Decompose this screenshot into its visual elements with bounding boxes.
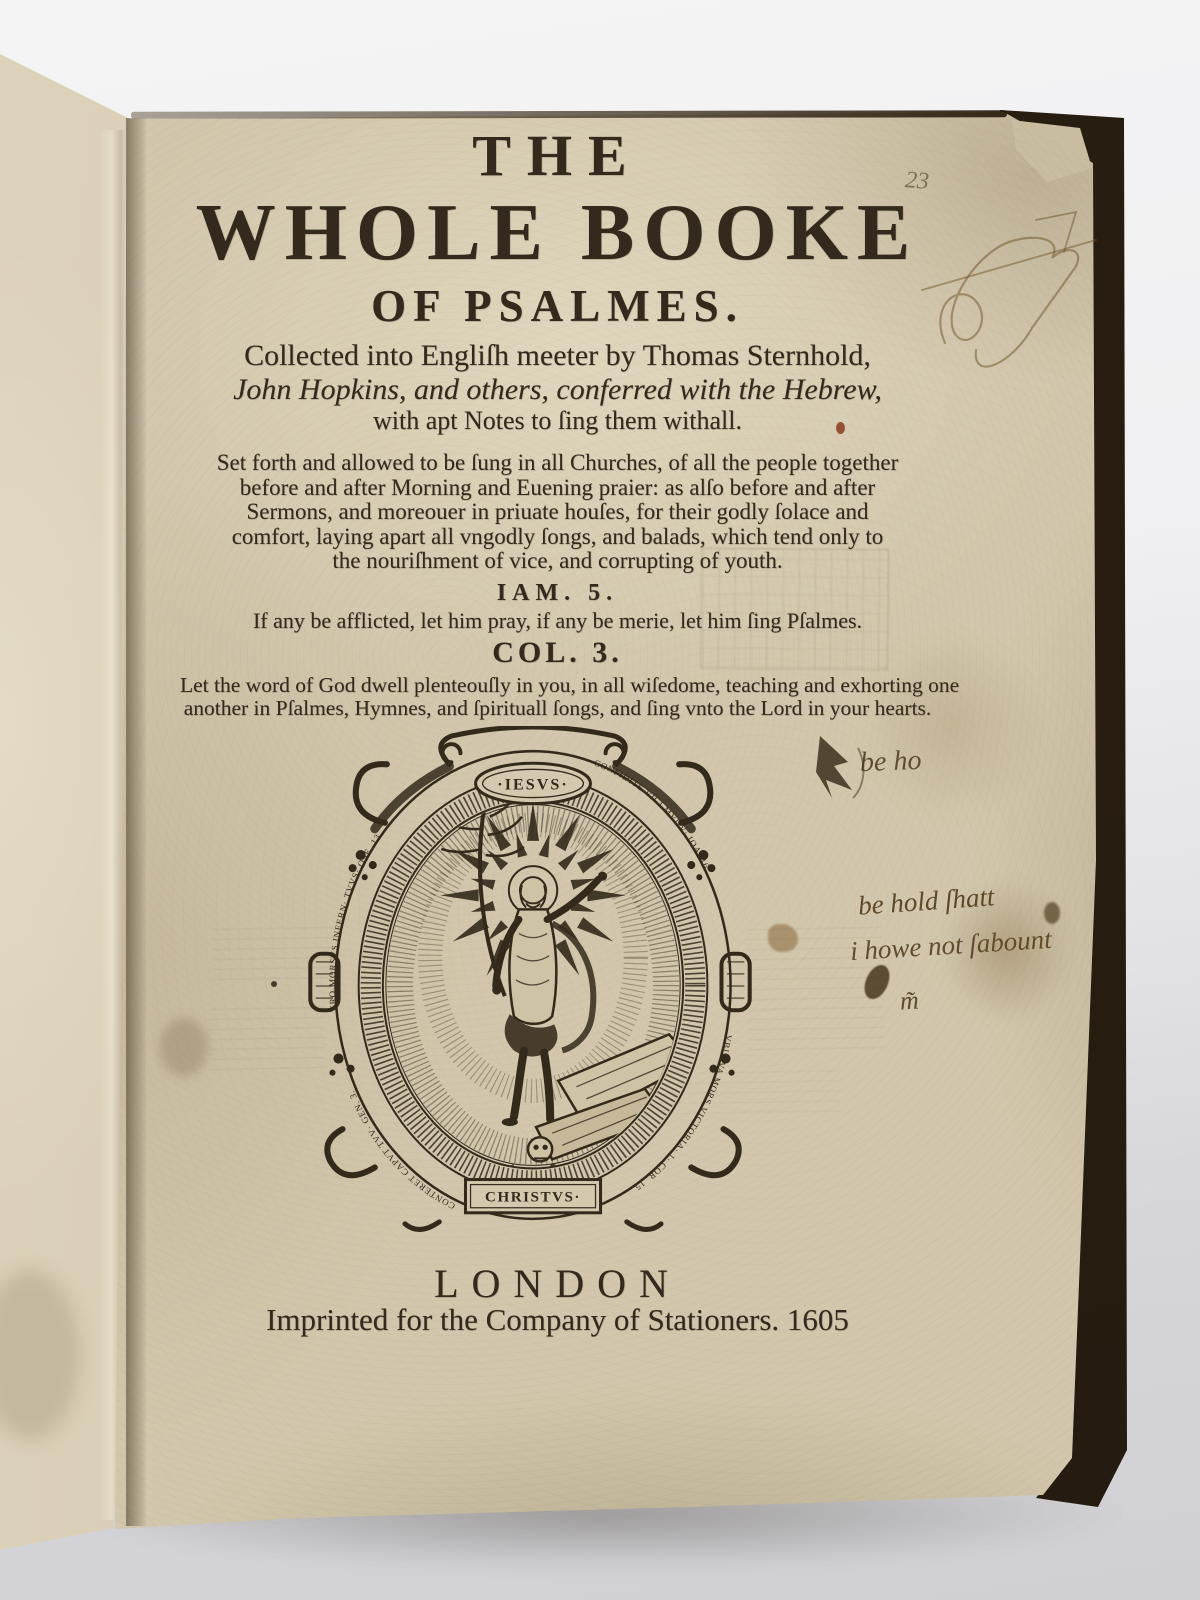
preface-line: before and after Morning and Euening pra… — [180, 476, 935, 501]
subtitle-line-2: John Hopkins, and others, conferred with… — [180, 373, 935, 407]
james-heading: IAM. 5. — [180, 580, 935, 607]
handwritten-margin-marks: be ho — [859, 745, 922, 779]
title-line-2: WHOLE BOOKE — [180, 188, 935, 279]
preface-line: the nouriſhment of vice, and corrupting … — [180, 549, 935, 574]
preface-paragraph: Set forth and allowed to be ſung in all … — [180, 451, 935, 574]
colossians-heading: COL. 3. — [180, 636, 935, 670]
preface-line: comfort, laying apart all vngodly ſongs,… — [180, 525, 935, 550]
gutter-shadow — [126, 118, 146, 1526]
subtitle-line-1: Collected into Engliſh meeter by Thomas … — [180, 339, 935, 373]
christvs-label: CHRISTVS· — [485, 1190, 581, 1206]
james-verse: If any be afflicted, let him pray, if an… — [180, 608, 935, 634]
imprint-city: LONDON — [180, 1260, 935, 1307]
preface-line: Set forth and allowed to be ſung in all … — [180, 451, 935, 476]
woodcut-resurrection-emblem: ERO MORSVS INFERN· TVVS· OSE. 13. CONFID… — [298, 726, 762, 1240]
preface-line: Sermons, and moreouer in priuate houſes,… — [180, 500, 935, 525]
ink-scribble-top-right — [920, 178, 1100, 388]
photo-of-antique-book: THE WHOLE BOOKE OF PSALMES. Collected in… — [0, 0, 1200, 1600]
colossians-verse-line-2: another in Pſalmes, Hymnes, and ſpiritua… — [180, 696, 935, 721]
colossians-verse-line-1: Let the word of God dwell plenteouſly in… — [180, 673, 935, 698]
imprint-line: Imprinted for the Company of Stationers.… — [180, 1302, 935, 1338]
iesvs-label: ·IESVS· — [497, 776, 568, 793]
title-line-1: THE — [180, 122, 935, 189]
iesvs-plaque: ·IESVS· — [476, 763, 591, 803]
ink-dot — [271, 981, 277, 987]
christvs-plaque: CHRISTVS· — [465, 1180, 600, 1213]
subtitle-line-3: with apt Notes to ſing them withall. — [180, 406, 935, 436]
title-line-3: OF PSALMES. — [180, 280, 935, 332]
ink-blot — [1044, 902, 1060, 924]
handwritten-inscription-line-3: m̃ — [899, 986, 919, 1017]
